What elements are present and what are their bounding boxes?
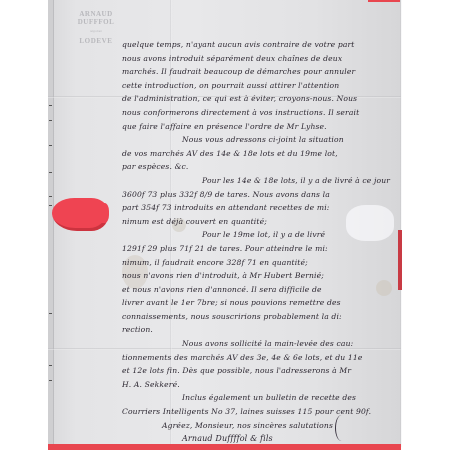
letter-line: 1291f 29 plus 71f 21 de tares. Pour atte… xyxy=(122,242,400,256)
margin-marks xyxy=(49,0,52,447)
letter-line: par espèces. &c. xyxy=(122,160,400,174)
letter-line: nous conformerons directement à vos inst… xyxy=(122,106,400,120)
red-edge-top xyxy=(368,0,400,2)
letter-line: nimum est déjà couvert en quantité; xyxy=(122,215,400,229)
letter-line: Nous vous adressons ci-joint la situatio… xyxy=(122,133,400,147)
letter-line: nimum, il faudrait encore 328f 71 en qua… xyxy=(122,256,400,270)
letter-line: Pour les 14e & 18e lots, il y a de livré… xyxy=(122,174,400,188)
letter-line: Inclus également un bulletin de recette … xyxy=(122,391,400,405)
letter-line: Pour le 19me lot, il y a de livré xyxy=(122,228,400,242)
letter-line: Agréez, Monsieur, nos sincères salutatio… xyxy=(122,419,400,433)
letter-line: quelque temps, n'ayant aucun avis contra… xyxy=(122,38,400,52)
letter-line: que faire l'affaire en présence l'ordre … xyxy=(122,120,400,134)
letter-line: tionnements des marchés AV des 3e, 4e & … xyxy=(122,351,400,365)
letter-line: nous n'avons rien d'introduit, à Mr Hube… xyxy=(122,269,400,283)
letterhead-subtitle: négociant xyxy=(60,29,132,33)
letter-line: connaissements, nous souscririons probab… xyxy=(122,310,400,324)
letter-line: Courriers Intelligents No 37, laines sui… xyxy=(122,405,400,419)
letter-line: marchés. Il faudrait beaucoup de démarch… xyxy=(122,65,400,79)
letter-line: de l'administration, ce qui est à éviter… xyxy=(122,92,400,106)
letter-line: H. A. Sekkeré. xyxy=(122,378,400,392)
letterhead-name: ARNAUD DUFFFOL xyxy=(60,10,132,26)
signature: Arnaud Duffffol & fils xyxy=(122,432,400,446)
fold-crease-vertical-right xyxy=(400,0,402,447)
red-wax-seal-edge xyxy=(98,203,109,223)
letter-line: et 12e lots fin. Dès que possible, nous … xyxy=(122,364,400,378)
letter-line: cette introduction, on pourrait aussi at… xyxy=(122,79,400,93)
letter-line: livrer avant le 1er 7bre; si nous pouvio… xyxy=(122,296,400,310)
letter-line: Nous avons sollicité la main-levée des c… xyxy=(122,337,400,351)
letter-line: part 354f 73 introduits en attendant rec… xyxy=(122,201,400,215)
letter-line: rection. xyxy=(122,323,400,337)
handwritten-letter-body: quelque temps, n'ayant aucun avis contra… xyxy=(122,38,400,446)
letter-line: nous avons introduit séparément deux cha… xyxy=(122,52,400,66)
signature-flourish xyxy=(335,415,348,441)
letter-line: et nous n'avons rien d'annoncé. Il sera … xyxy=(122,283,400,297)
letter-line: de vos marchés AV des 14e & 18e lots et … xyxy=(122,147,400,161)
letter-line: 3600f 73 plus 332f 8/9 de tares. Nous av… xyxy=(122,188,400,202)
